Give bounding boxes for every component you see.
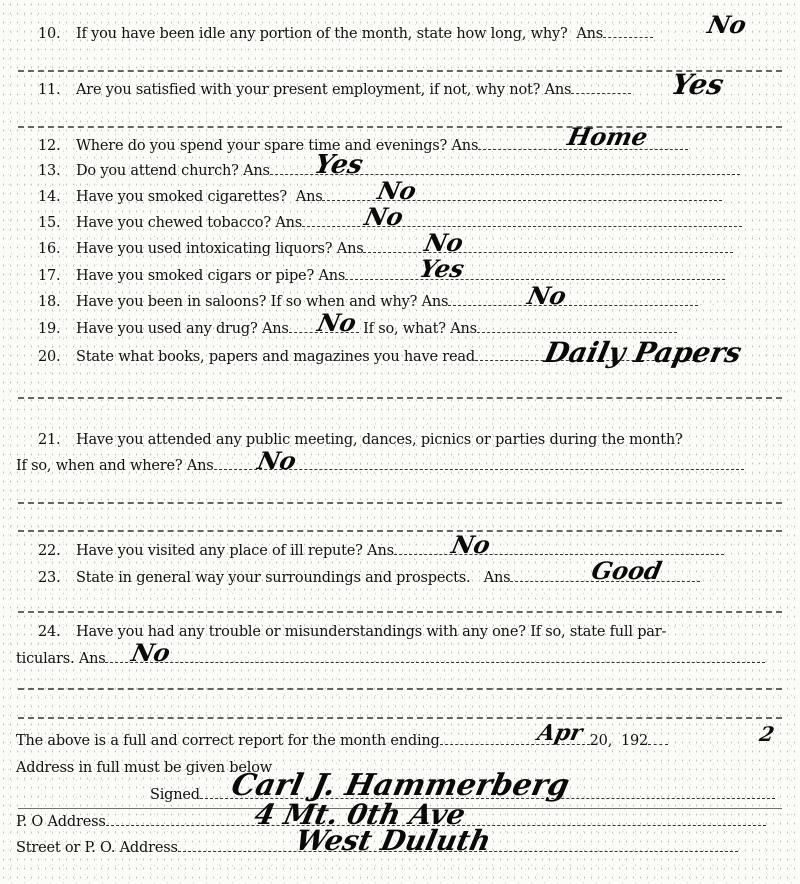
question-text: Where do you spend your spare time and e… (76, 138, 447, 154)
question-text: Have you smoked cigarettes? (76, 189, 287, 205)
answer-line (18, 397, 782, 399)
question-number: 15. (38, 215, 76, 231)
ans-label: Ans (545, 82, 572, 98)
answer-22: No (449, 530, 493, 559)
answer-10: No (705, 10, 749, 39)
question-21: 21.Have you attended any public meeting,… (38, 432, 683, 448)
question-number: 17. (38, 268, 76, 284)
answer-18: No (525, 281, 569, 310)
question-text: Have you been in saloons? If so when and… (76, 294, 417, 310)
question-number: 10. (38, 26, 76, 42)
question-21-cont: If so, when and where? Ans (16, 458, 744, 474)
ans-label: Ans (422, 294, 449, 310)
answer-14: No (375, 176, 419, 205)
answer-24: No (129, 638, 173, 667)
answer-line (18, 70, 782, 72)
question-18: 18.Have you been in saloons? If so when … (38, 294, 698, 310)
question-number: 24. (38, 624, 76, 640)
ans-label: Ans (262, 321, 289, 337)
question-24: 24.Have you had any trouble or misunders… (38, 624, 666, 640)
question-11: 11.Are you satisfied with your present e… (38, 82, 631, 98)
question-text: Have you attended any public meeting, da… (76, 432, 683, 448)
certification-year-prefix: 192 (621, 733, 648, 749)
question-number: 20. (38, 349, 76, 365)
answer-line (18, 126, 782, 128)
question-text: Are you satisfied with your present empl… (76, 82, 540, 98)
question-text: Have you used intoxicating liquors? (76, 241, 332, 257)
question-text: ticulars. (16, 651, 74, 667)
answer-17: Yes (417, 254, 467, 283)
answer-16: No (422, 228, 466, 257)
certification-year-suffix: 2 (757, 722, 776, 746)
question-text: If so, when and where? (16, 458, 182, 474)
question-number: 13. (38, 163, 76, 179)
question-text: Have you smoked cigars or pipe? (76, 268, 314, 284)
certification-text: The above is a full and correct report f… (16, 733, 440, 749)
ans-label: Ans (484, 570, 511, 586)
answer-line (18, 502, 782, 504)
question-19: 19.Have you used any drug? Ans If so, wh… (38, 321, 677, 337)
followup-text: If so, what? (363, 321, 446, 337)
po-address-label: P. O Address (16, 814, 106, 830)
ans-label: Ans (187, 458, 214, 474)
ans-label: Ans (367, 543, 394, 559)
answer-line (18, 717, 782, 719)
certification-day: 20, (590, 733, 612, 749)
question-number: 14. (38, 189, 76, 205)
answer-20: Daily Papers (541, 336, 744, 369)
street-address-value: West Duluth (292, 824, 493, 857)
answer-11: Yes (668, 68, 726, 101)
question-number: 11. (38, 82, 76, 98)
ans-label: Ans (337, 241, 364, 257)
question-text: State what books, papers and magazines y… (76, 349, 475, 365)
answer-12: Home (565, 122, 651, 151)
question-17: 17.Have you smoked cigars or pipe? Ans (38, 268, 725, 284)
question-text: Do you attend church? (76, 163, 239, 179)
question-number: 21. (38, 432, 76, 448)
answer-line (18, 530, 782, 532)
signed-label: Signed (150, 787, 200, 803)
question-text: If you have been idle any portion of the… (76, 26, 568, 42)
question-16: 16.Have you used intoxicating liquors? A… (38, 241, 733, 257)
question-number: 18. (38, 294, 76, 310)
question-text: Have you chewed tobacco? (76, 215, 271, 231)
answer-line (18, 688, 782, 690)
question-text: State in general way your surroundings a… (76, 570, 470, 586)
question-text: Have you visited any place of ill repute… (76, 543, 363, 559)
ans-label: Ans (79, 651, 106, 667)
answer-21: No (255, 446, 299, 475)
question-text: Have you used any drug? (76, 321, 258, 337)
question-number: 19. (38, 321, 76, 337)
question-number: 12. (38, 138, 76, 154)
ans-label: Ans (576, 26, 603, 42)
question-10: 10.If you have been idle any portion of … (38, 26, 653, 42)
ans-label: Ans (452, 138, 479, 154)
answer-line (18, 611, 782, 613)
answer-19: No (315, 308, 359, 337)
ans-label: Ans (450, 321, 477, 337)
ans-label: Ans (318, 268, 345, 284)
ans-label: Ans (275, 215, 302, 231)
answer-15: No (362, 202, 406, 231)
certification-month: Apr (535, 720, 585, 746)
question-number: 16. (38, 241, 76, 257)
answer-23: Good (589, 556, 664, 585)
ans-label: Ans (243, 163, 270, 179)
question-number: 23. (38, 570, 76, 586)
ans-label: Ans (296, 189, 323, 205)
street-address-label: Street or P. O. Address (16, 840, 178, 856)
question-number: 22. (38, 543, 76, 559)
answer-13: Yes (312, 150, 366, 180)
